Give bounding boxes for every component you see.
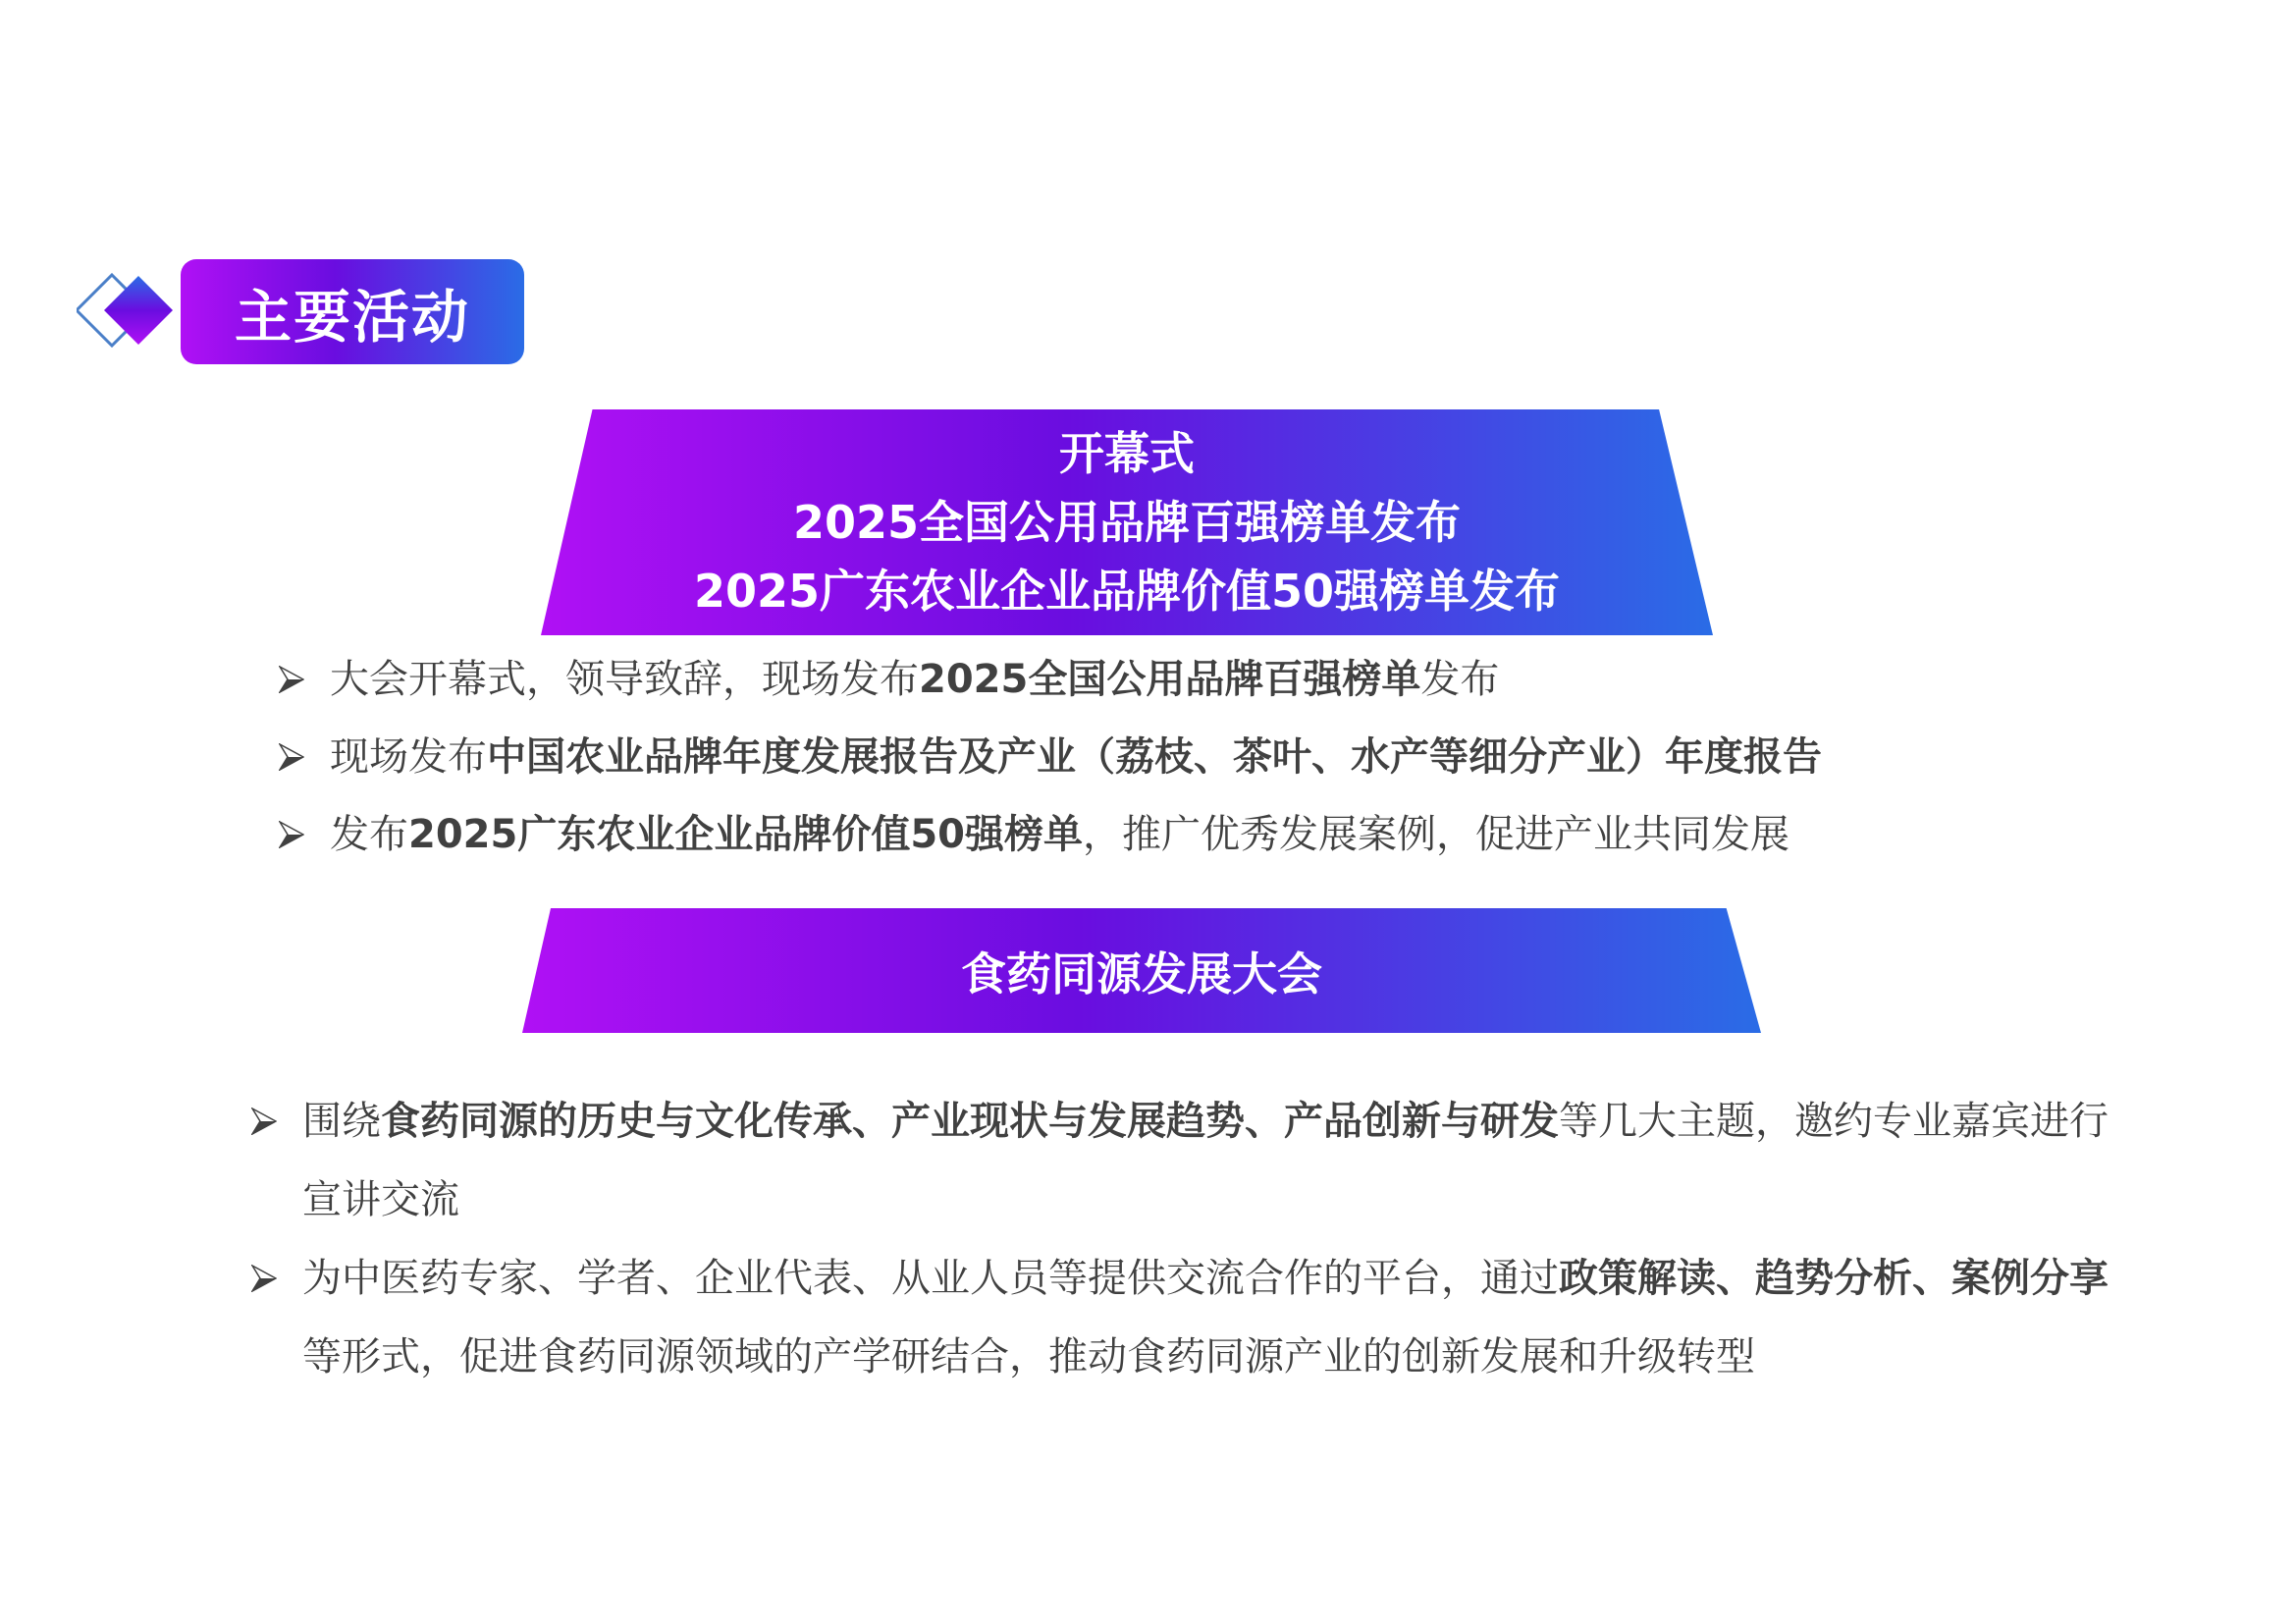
bullet-text: 围绕 bbox=[302, 1099, 381, 1144]
arrow-bullet-icon bbox=[279, 666, 304, 693]
conference-banner: 食药同源发展大会 bbox=[522, 908, 1761, 1033]
bullet-text-bold: 2025广东农业企业品牌价值50强榜单 bbox=[408, 812, 1083, 857]
double-diamond-icon bbox=[77, 273, 185, 348]
list-item: 围绕食药同源的历史与文化传承、产业现状与发展趋势、产品创新与研发等几大主题，邀约… bbox=[247, 1082, 2132, 1239]
opening-bullet-list: 大会开幕式，领导致辞，现场发布2025全国公用品牌百强榜单发布 现场发布中国农业… bbox=[275, 660, 2042, 893]
bullet-text: ，推广优秀发展案例，促进产业共同发展 bbox=[1083, 812, 1789, 857]
bullet-text: 发布 bbox=[1420, 657, 1499, 702]
section-title: 主要活动 bbox=[235, 271, 470, 353]
bullet-text-bold: 2025全国公用品牌百强榜单 bbox=[919, 657, 1420, 702]
bullet-text: 为中医药专家、学者、企业代表、从业人员等提供交流合作的平台，通过 bbox=[302, 1256, 1559, 1301]
section-title-tag: 主要活动 bbox=[181, 259, 524, 364]
list-item: 发布2025广东农业企业品牌价值50强榜单，推广优秀发展案例，促进产业共同发展 bbox=[275, 815, 2042, 854]
bullet-text: 等形式，促进食药同源领域的产学研结合，推动食药同源产业的创新发展和升级转型 bbox=[302, 1334, 1755, 1380]
list-item: 为中医药专家、学者、企业代表、从业人员等提供交流合作的平台，通过政策解读、趋势分… bbox=[247, 1239, 2132, 1396]
banner-line-national-brands: 2025全国公用品牌百强榜单发布 bbox=[793, 488, 1461, 557]
arrow-bullet-icon bbox=[251, 1265, 277, 1292]
conference-bullet-list: 围绕食药同源的历史与文化传承、产业现状与发展趋势、产品创新与研发等几大主题，邀约… bbox=[247, 1082, 2132, 1396]
banner-line-guangdong-brands: 2025广东农业企业品牌价值50强榜单发布 bbox=[694, 557, 1560, 625]
arrow-bullet-icon bbox=[251, 1108, 277, 1135]
list-item: 大会开幕式，领导致辞，现场发布2025全国公用品牌百强榜单发布 bbox=[275, 660, 2042, 699]
bullet-text-bold: 政策解读、趋势分析、案例分享 bbox=[1559, 1256, 2109, 1301]
bullet-text-bold: 食药同源的历史与文化传承、产业现状与发展趋势、产品创新与研发 bbox=[381, 1099, 1559, 1144]
opening-ceremony-banner: 开幕式 2025全国公用品牌百强榜单发布 2025广东农业企业品牌价值50强榜单… bbox=[541, 409, 1713, 635]
conference-banner-title: 食药同源发展大会 bbox=[961, 939, 1322, 1003]
banner-line-title: 开幕式 bbox=[1059, 419, 1195, 488]
bullet-text-bold: 中国农业品牌年度发展报告及产业（荔枝、茶叶、水产等细分产业）年度报告 bbox=[487, 734, 1822, 780]
bullet-text: 发布 bbox=[330, 812, 408, 857]
bullet-text: 现场发布 bbox=[330, 734, 487, 780]
arrow-bullet-icon bbox=[279, 743, 304, 771]
arrow-bullet-icon bbox=[279, 821, 304, 848]
list-item: 现场发布中国农业品牌年度发展报告及产业（荔枝、茶叶、水产等细分产业）年度报告 bbox=[275, 737, 2042, 777]
bullet-text: 大会开幕式，领导致辞，现场发布 bbox=[330, 657, 919, 702]
